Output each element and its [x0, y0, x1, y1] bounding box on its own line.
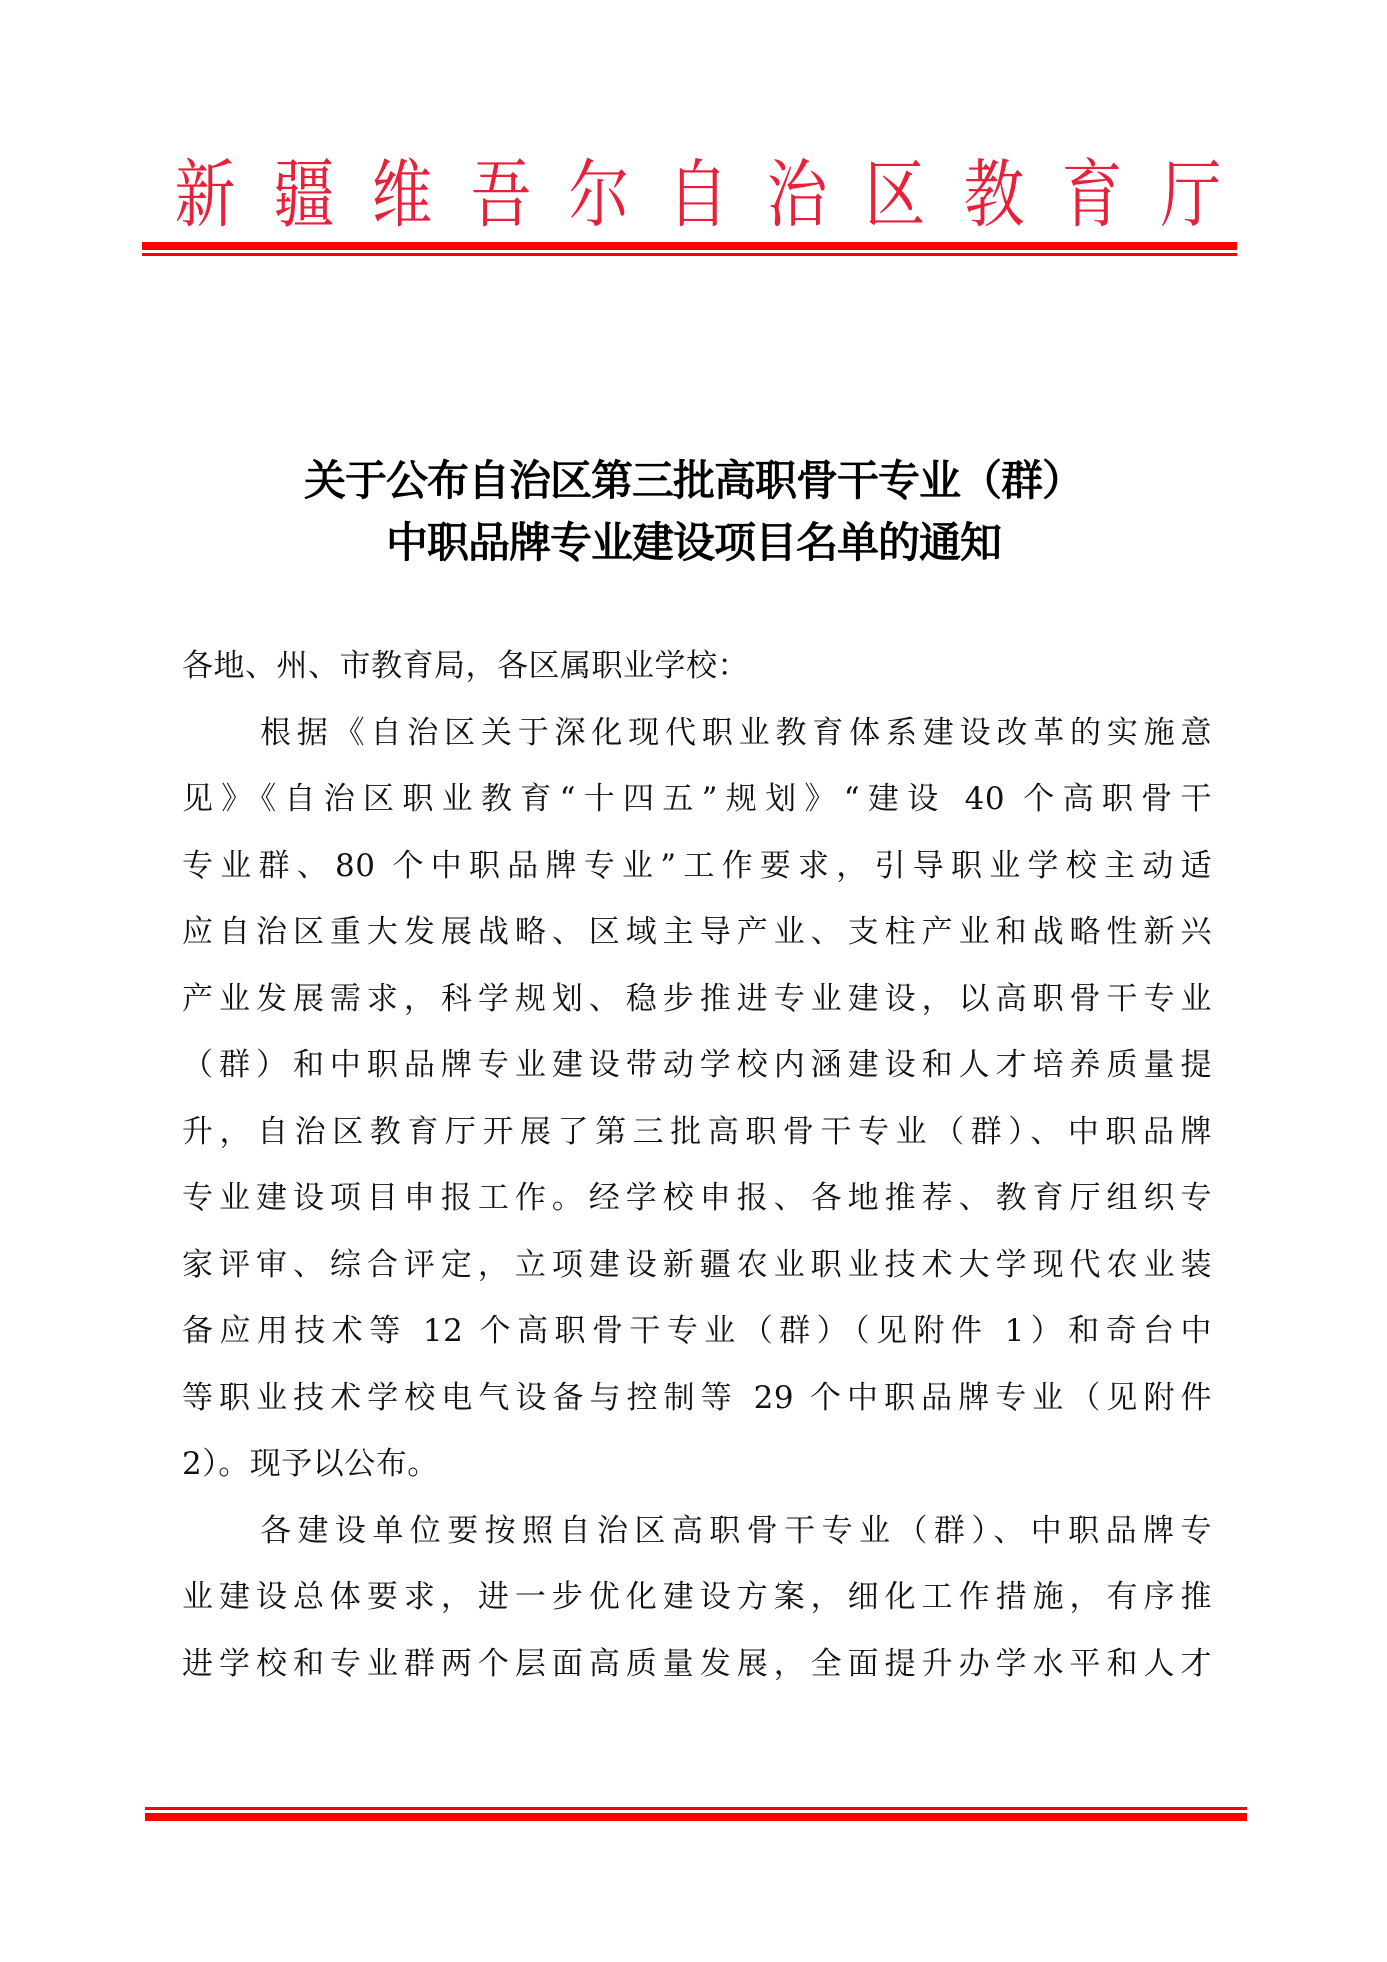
masthead-char: 自	[668, 152, 729, 238]
body-line: 专业群、80 个中职品牌专业”工作要求，引导职业学校主动适	[182, 833, 1212, 900]
salutation: 各地、州、市教育局，各区属职业学校：	[182, 633, 1212, 700]
masthead-char: 治	[766, 152, 827, 238]
body-line: 进学校和专业群两个层面高质量发展，全面提升办学水平和人才	[182, 1631, 1212, 1698]
masthead-char: 尔	[569, 152, 630, 238]
body-line: 应自治区重大发展战略、区域主导产业、支柱产业和战略性新兴	[182, 899, 1212, 966]
masthead-title: 新 疆 维 吾 尔 自 治 区 教 育 厅	[168, 148, 1228, 238]
body-line: 见》《自治区职业教育“十四五”规划》“建设 40 个高职骨干	[182, 766, 1212, 833]
masthead-char: 吾	[470, 152, 531, 238]
body-line: 备应用技术等 12 个高职骨干专业（群）（见附件 1）和奇台中	[182, 1298, 1212, 1365]
masthead-char: 育	[1062, 152, 1123, 238]
footer-rule-thick	[145, 1813, 1247, 1821]
body-line: 2）。现予以公布。	[182, 1431, 1212, 1498]
body-line: 产业发展需求，科学规划、稳步推进专业建设，以高职骨干专业	[182, 966, 1212, 1033]
document-body: 各地、州、市教育局，各区属职业学校： 根据《自治区关于深化现代职业教育体系建设改…	[182, 633, 1212, 1697]
masthead-char: 厅	[1161, 152, 1222, 238]
body-line: 专业建设项目申报工作。经学校申报、各地推荐、教育厅组织专	[182, 1165, 1212, 1232]
document-page: 新 疆 维 吾 尔 自 治 区 教 育 厅 关于公布自治区第三批高职骨干专业（群…	[0, 0, 1387, 1962]
masthead-char: 新	[175, 152, 236, 238]
body-line: 根据《自治区关于深化现代职业教育体系建设改革的实施意	[182, 700, 1212, 767]
masthead-char: 区	[865, 152, 926, 238]
masthead-rule-thick	[142, 242, 1237, 250]
body-line: 家评审、综合评定，立项建设新疆农业职业技术大学现代农业装	[182, 1232, 1212, 1299]
body-line: 等职业技术学校电气设备与控制等 29 个中职品牌专业（见附件	[182, 1365, 1212, 1432]
document-title-line-2: 中职品牌专业建设项目名单的通知	[0, 510, 1387, 570]
body-line: （群）和中职品牌专业建设带动学校内涵建设和人才培养质量提	[182, 1032, 1212, 1099]
masthead-char: 教	[963, 152, 1024, 238]
document-title-line-1: 关于公布自治区第三批高职骨干专业（群）	[0, 448, 1387, 508]
body-line: 升，自治区教育厅开展了第三批高职骨干专业（群）、中职品牌	[182, 1099, 1212, 1166]
footer-rule-thin	[145, 1807, 1247, 1810]
masthead-char: 疆	[273, 152, 334, 238]
masthead-char: 维	[372, 152, 433, 238]
body-line: 业建设总体要求，进一步优化建设方案，细化工作措施，有序推	[182, 1564, 1212, 1631]
body-line: 各建设单位要按照自治区高职骨干专业（群）、中职品牌专	[182, 1498, 1212, 1565]
masthead-rule-thin	[142, 253, 1237, 256]
